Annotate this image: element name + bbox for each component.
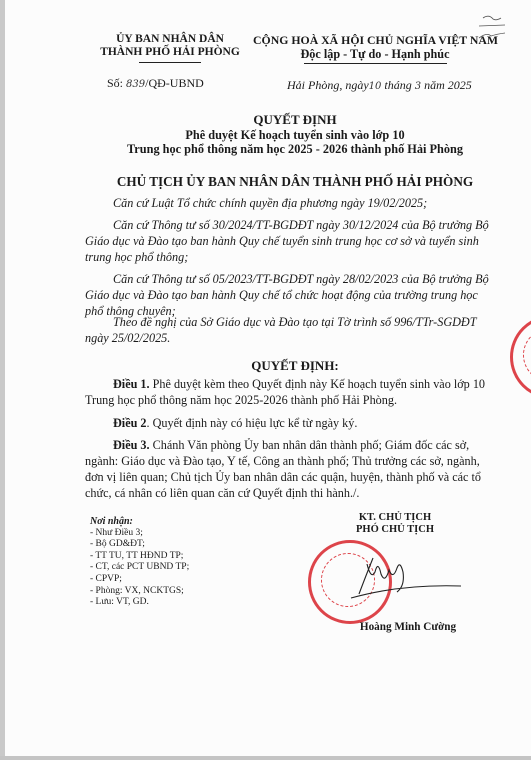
decision-title: QUYẾT ĐỊNH Phê duyệt Kế hoạch tuyển sinh…: [65, 113, 525, 157]
number-suffix: /QĐ-UBND: [145, 76, 204, 90]
basis-4-text: Theo đề nghị của Sở Giáo dục và Đào tạo …: [85, 315, 476, 345]
org-line-2: THÀNH PHỐ HẢI PHÒNG: [100, 46, 240, 59]
decision-heading: QUYẾT ĐỊNH:: [65, 358, 525, 374]
handwritten-signature-icon: [345, 550, 475, 605]
issue-date: Hải Phòng, ngày10 tháng 3 năm 2025: [287, 78, 472, 93]
issuing-authority: ỦY BAN NHÂN DÂN THÀNH PHỐ HẢI PHÒNG: [100, 33, 240, 63]
org-line-1: ỦY BAN NHÂN DÂN: [100, 33, 240, 46]
article-3: Điều 3. Chánh Văn phòng Ủy ban nhân dân …: [85, 437, 497, 501]
recipient-item: - TT TU, TT HĐND TP;: [90, 551, 189, 563]
title-heading: QUYẾT ĐỊNH: [65, 113, 525, 128]
subject-line-2: Trung học phổ thông năm học 2025 - 2026 …: [65, 142, 525, 157]
date-day: 10: [369, 81, 382, 92]
article-2-label: Điều 2: [113, 416, 147, 430]
page-bottom-edge: [0, 756, 531, 760]
date-prefix: Hải Phòng, ngày: [287, 78, 369, 92]
basis-1: Căn cứ Luật Tổ chức chính quyền địa phươ…: [85, 195, 497, 211]
recipient-item: - Như Điều 3;: [90, 528, 189, 540]
basis-2-text: Căn cứ Thông tư số 30/2024/TT-BGDĐT ngày…: [85, 218, 489, 264]
basis-3: Căn cứ Thông tư số 05/2023/TT-BGDĐT ngày…: [85, 271, 497, 319]
authority-heading: CHỦ TỊCH ỦY BAN NHÂN DÂN THÀNH PHỐ HẢI P…: [65, 175, 525, 190]
basis-1-text: Căn cứ Luật Tổ chức chính quyền địa phươ…: [113, 196, 427, 210]
number-handwritten: 839: [126, 79, 145, 90]
country-name: CỘNG HOÀ XÃ HỘI CHỦ NGHĨA VIỆT NAM: [253, 33, 497, 47]
article-1: Điều 1. Phê duyệt kèm theo Quyết định nà…: [85, 376, 497, 408]
signature-title: KT. CHỦ TỊCH PHÓ CHỦ TỊCH: [335, 512, 455, 536]
subject-line-1: Phê duyệt Kế hoạch tuyển sinh vào lớp 10: [65, 128, 525, 143]
document-number: Số: 839/QĐ-UBND: [107, 76, 204, 91]
recipient-item: - Phòng: VX, NCKTGS;: [90, 586, 189, 598]
basis-4: Theo đề nghị của Sở Giáo dục và Đào tạo …: [85, 314, 497, 346]
signature-line-1: KT. CHỦ TỊCH: [335, 512, 455, 524]
article-2-text: . Quyết định này có hiệu lực kể từ ngày …: [147, 416, 358, 430]
motto-underline: [304, 63, 447, 64]
recipient-item: - Bộ GD&ĐT;: [90, 539, 189, 551]
initials-scribble-icon: [475, 12, 515, 46]
recipients-heading: Nơi nhận:: [90, 516, 189, 528]
date-suffix: năm 2025: [421, 78, 472, 92]
page-edge-seal-icon: [510, 315, 531, 399]
recipient-item: - Lưu: VT, GD.: [90, 597, 189, 609]
document-page: ỦY BAN NHÂN DÂN THÀNH PHỐ HẢI PHÒNG CỘNG…: [5, 0, 531, 756]
date-mid: tháng: [381, 78, 414, 92]
basis-2: Căn cứ Thông tư số 30/2024/TT-BGDĐT ngày…: [85, 217, 497, 265]
number-prefix: Số:: [107, 76, 126, 90]
signer-name: Hoàng Minh Cường: [323, 621, 493, 633]
article-2: Điều 2. Quyết định này có hiệu lực kể từ…: [85, 415, 497, 431]
signature-line-2: PHÓ CHỦ TỊCH: [335, 524, 455, 536]
basis-3-text: Căn cứ Thông tư số 05/2023/TT-BGDĐT ngày…: [85, 272, 489, 318]
recipients-block: Nơi nhận: - Như Điều 3; - Bộ GD&ĐT; - TT…: [90, 516, 189, 609]
org-underline: [139, 62, 201, 63]
article-1-label: Điều 1.: [113, 377, 150, 391]
recipient-item: - CPVP;: [90, 574, 189, 586]
national-header: CỘNG HOÀ XÃ HỘI CHỦ NGHĨA VIỆT NAM Độc l…: [253, 33, 497, 64]
national-motto: Độc lập - Tự do - Hạnh phúc: [253, 47, 497, 61]
recipient-item: - CT, các PCT UBND TP;: [90, 562, 189, 574]
article-3-label: Điều 3.: [113, 438, 150, 452]
